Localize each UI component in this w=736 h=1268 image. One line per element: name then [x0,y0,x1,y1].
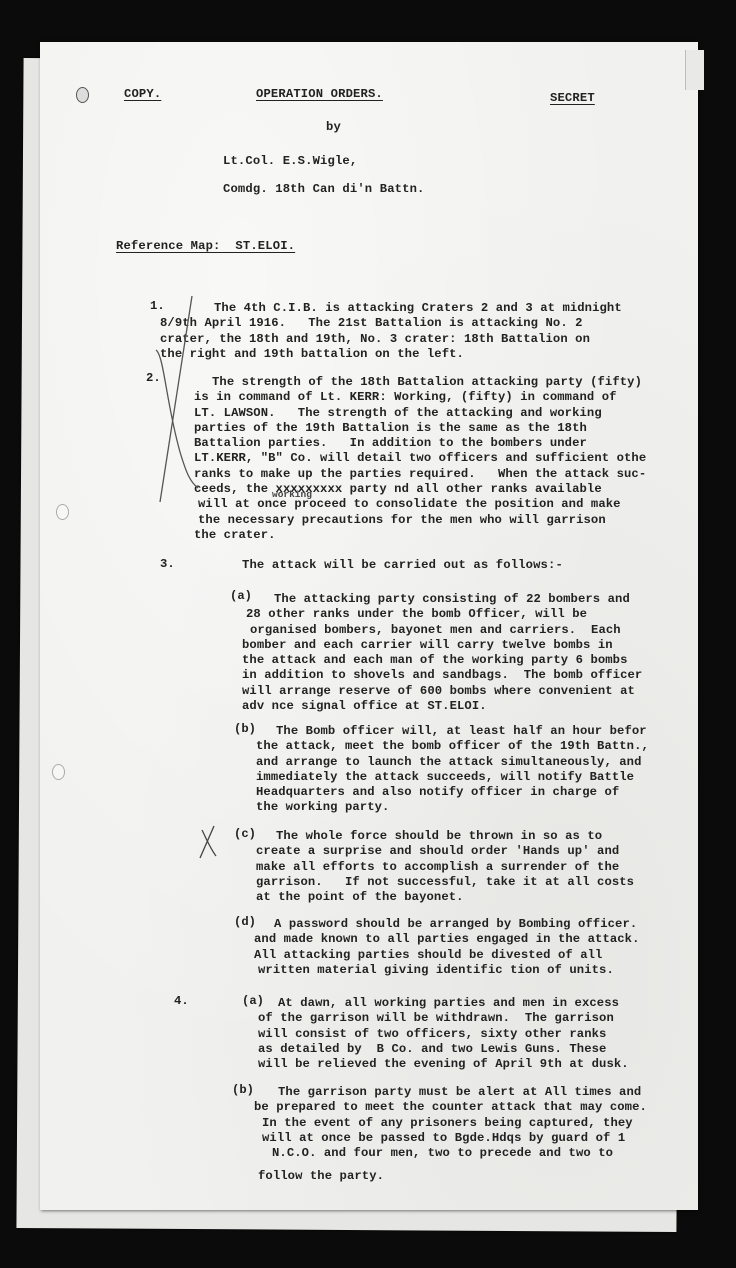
subparagraph-label: (c) [234,827,256,841]
text-line: is in command of Lt. KERR: Working, (fif… [194,390,646,405]
text-line: A password should be arranged by Bombing… [254,917,640,932]
text-line: Headquarters and also notify officer in … [256,785,649,800]
text-line: be prepared to meet the counter attack t… [254,1100,647,1115]
text-line: LT.KERR, "B" Co. will detail two officer… [194,451,646,466]
text-line: of the garrison will be withdrawn. The g… [258,1011,629,1026]
overtyped-correction: working [272,489,312,500]
text-line: The 4th C.I.B. is attacking Craters 2 an… [160,301,622,316]
text-line: The attacking party consisting of 22 bom… [242,592,642,607]
paragraph-3a: The attacking party consisting of 22 bom… [242,592,642,714]
paragraph-1: The 4th C.I.B. is attacking Craters 2 an… [160,301,622,362]
paragraph-4b: The garrison party must be alert at All … [254,1085,647,1185]
paragraph-3c: The whole force should be thrown in so a… [256,829,634,905]
text-line: 28 other ranks under the bomb Officer, w… [242,607,642,622]
text-line: ceeds, the xxxxxxxxx party nd all other … [194,482,646,497]
text-line: will at once be passed to Bgde.Hdqs by g… [254,1131,647,1146]
subparagraph-label: (b) [234,722,256,736]
classification-label: SECRET [550,91,595,106]
copy-label: COPY. [124,87,161,102]
by-line: by [326,120,341,135]
text-line: the attack and each man of the working p… [242,653,642,668]
pencil-x-mark-icon [196,824,220,860]
text-line: ranks to make up the parties required. W… [194,467,646,482]
paragraph-number: 3. [160,557,175,571]
text-line: create a surprise and should order 'Hand… [256,844,634,859]
text-line: in addition to shovels and sandbags. The… [242,668,642,683]
text-line: will arrange reserve of 600 bombs where … [242,684,642,699]
text-line: will at once proceed to consolidate the … [194,497,646,512]
text-line: The strength of the 18th Battalion attac… [194,375,646,390]
text-line: and made known to all parties engaged in… [254,932,640,947]
text-line: immediately the attack succeeds, will no… [256,770,649,785]
text-line: LT. LAWSON. The strength of the attackin… [194,406,646,421]
text-line: parties of the 19th Battalion is the sam… [194,421,646,436]
text-line: garrison. If not successful, take it at … [256,875,634,890]
text-line: at the point of the bayonet. [256,890,634,905]
text-line: the necessary precautions for the men wh… [194,513,646,528]
text-line: bomber and each carrier will carry twelv… [242,638,642,653]
text-line: All attacking parties should be divested… [254,948,640,963]
punch-hole [76,87,89,103]
text-line: At dawn, all working parties and men in … [258,996,629,1011]
author-name: Lt.Col. E.S.Wigle, [223,154,357,169]
text-line: the working party. [256,800,649,815]
text-line: will consist of two officers, sixty othe… [258,1027,629,1042]
paragraph-4a: At dawn, all working parties and men in … [258,996,629,1072]
text-line: 8/9th April 1916. The 21st Battalion is … [160,316,622,331]
text-line: will be relieved the evening of April 9t… [258,1057,629,1072]
text-line: Battalion parties. In addition to the bo… [194,436,646,451]
text-line: the crater. [194,528,646,543]
text-line: and arrange to launch the attack simulta… [256,755,649,770]
author-command: Comdg. 18th Can di'n Battn. [223,182,425,197]
text-line: crater, the 18th and 19th, No. 3 crater:… [160,332,622,347]
document-title: OPERATION ORDERS. [256,87,383,102]
text-line: N.C.O. and four men, two to precede and … [254,1146,647,1161]
text-line: adv nce signal office at ST.ELOI. [242,699,642,714]
document-page: COPY. OPERATION ORDERS. SECRET by Lt.Col… [40,42,698,1210]
text-line: the right and 19th battalion on the left… [160,347,622,362]
punch-hole [52,764,65,780]
paragraph-2: The strength of the 18th Battalion attac… [194,375,646,543]
paragraph-3d: A password should be arranged by Bombing… [254,917,640,978]
text-line: The garrison party must be alert at All … [254,1085,647,1100]
paragraph-number: 4. [174,994,189,1008]
paragraph-number: 2. [146,371,161,385]
text-line: organised bombers, bayonet men and carri… [242,623,642,638]
text-line: follow the party. [254,1169,647,1184]
reference-map: Reference Map: ST.ELOI. [116,239,295,254]
paragraph-3-intro: The attack will be carried out as follow… [242,558,563,573]
text-line: The whole force should be thrown in so a… [256,829,634,844]
text-line: The Bomb officer will, at least half an … [256,724,649,739]
punch-hole [56,504,69,520]
folded-corner [685,50,704,90]
text-line: the attack, meet the bomb officer of the… [256,739,649,754]
subparagraph-label: (b) [232,1083,254,1097]
text-line: make all efforts to accomplish a surrend… [256,860,634,875]
subparagraph-label: (d) [234,915,256,929]
text-line: as detailed by B Co. and two Lewis Guns.… [258,1042,629,1057]
text-line: In the event of any prisoners being capt… [254,1116,647,1131]
text-line: written material giving identific tion o… [254,963,640,978]
paragraph-3b: The Bomb officer will, at least half an … [256,724,649,816]
